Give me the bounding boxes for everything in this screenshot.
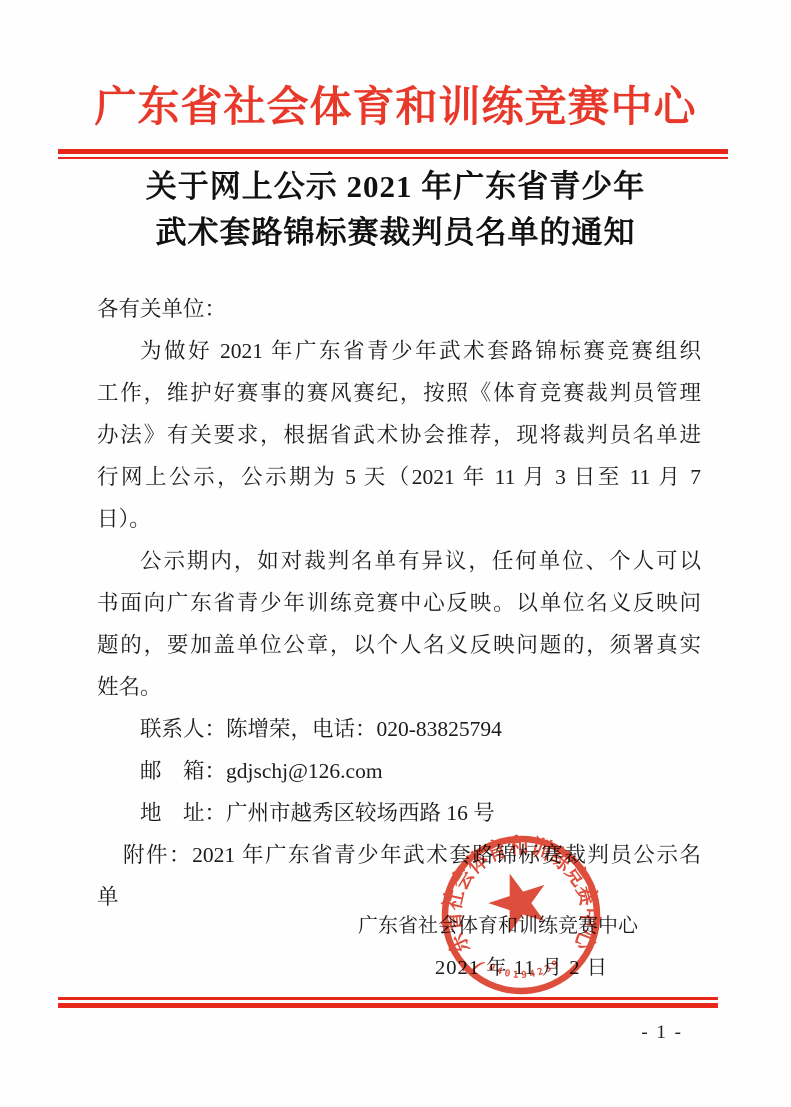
body-line: 为做好 2021 年广东省青少年武术套路锦标赛竞赛组织 xyxy=(97,330,701,372)
document-body: 各有关单位： 为做好 2021 年广东省青少年武术套路锦标赛竞赛组织 工作，维护… xyxy=(97,288,701,918)
body-line: 书面向广东省青少年训练竞赛中心反映。以单位名义反映问 xyxy=(97,582,701,624)
body-line: 题的，要加盖单位公章，以个人名义反映问题的，须署真实 xyxy=(97,624,701,666)
body-line: 办法》有关要求，根据省武术协会推荐，现将裁判员名单进 xyxy=(97,414,701,456)
signature-date: 2021 年 11 月 2 日 xyxy=(435,947,608,989)
contact-email-line: 邮 箱：gdjschj@126.com xyxy=(97,750,701,792)
org-header-title: 广东省社会体育和训练竞赛中心 xyxy=(0,74,791,134)
document-title-line-2: 武术套路锦标赛裁判员名单的通知 xyxy=(0,210,791,256)
body-line: 工作，维护好赛事的赛风赛纪，按照《体育竞赛裁判员管理 xyxy=(97,372,701,414)
header-divider xyxy=(58,149,728,159)
body-line: 姓名。 xyxy=(97,666,701,708)
signature-org-name: 广东省社会体育和训练竞赛中心 xyxy=(358,905,638,947)
body-line: 行网上公示，公示期为 5 天（2021 年 11 月 3 日至 11 月 7 xyxy=(97,456,701,498)
footer-divider xyxy=(58,997,718,1008)
contact-person-line: 联系人：陈增荣，电话：020-83825794 xyxy=(97,708,701,750)
document-page: 广东省社会体育和训练竞赛中心 关于网上公示 2021 年广东省青少年 武术套路锦… xyxy=(0,0,791,1107)
attachment-line: 附件：2021 年广东省青少年武术套路锦标赛裁判员公示名 xyxy=(97,834,701,876)
body-line: 日）。 xyxy=(97,498,701,540)
body-line: 公示期内，如对裁判名单有异议，任何单位、个人可以 xyxy=(97,540,701,582)
document-title: 关于网上公示 2021 年广东省青少年 武术套路锦标赛裁判员名单的通知 xyxy=(0,164,791,256)
footer-divider-thick-line xyxy=(58,1003,718,1008)
header-divider-thin-line xyxy=(58,157,728,159)
page-number: - 1 - xyxy=(641,1022,683,1044)
contact-address-line: 地 址：广州市越秀区较场西路 16 号 xyxy=(97,792,701,834)
body-line-salutation: 各有关单位： xyxy=(97,288,701,330)
document-title-line-1: 关于网上公示 2021 年广东省青少年 xyxy=(0,164,791,210)
